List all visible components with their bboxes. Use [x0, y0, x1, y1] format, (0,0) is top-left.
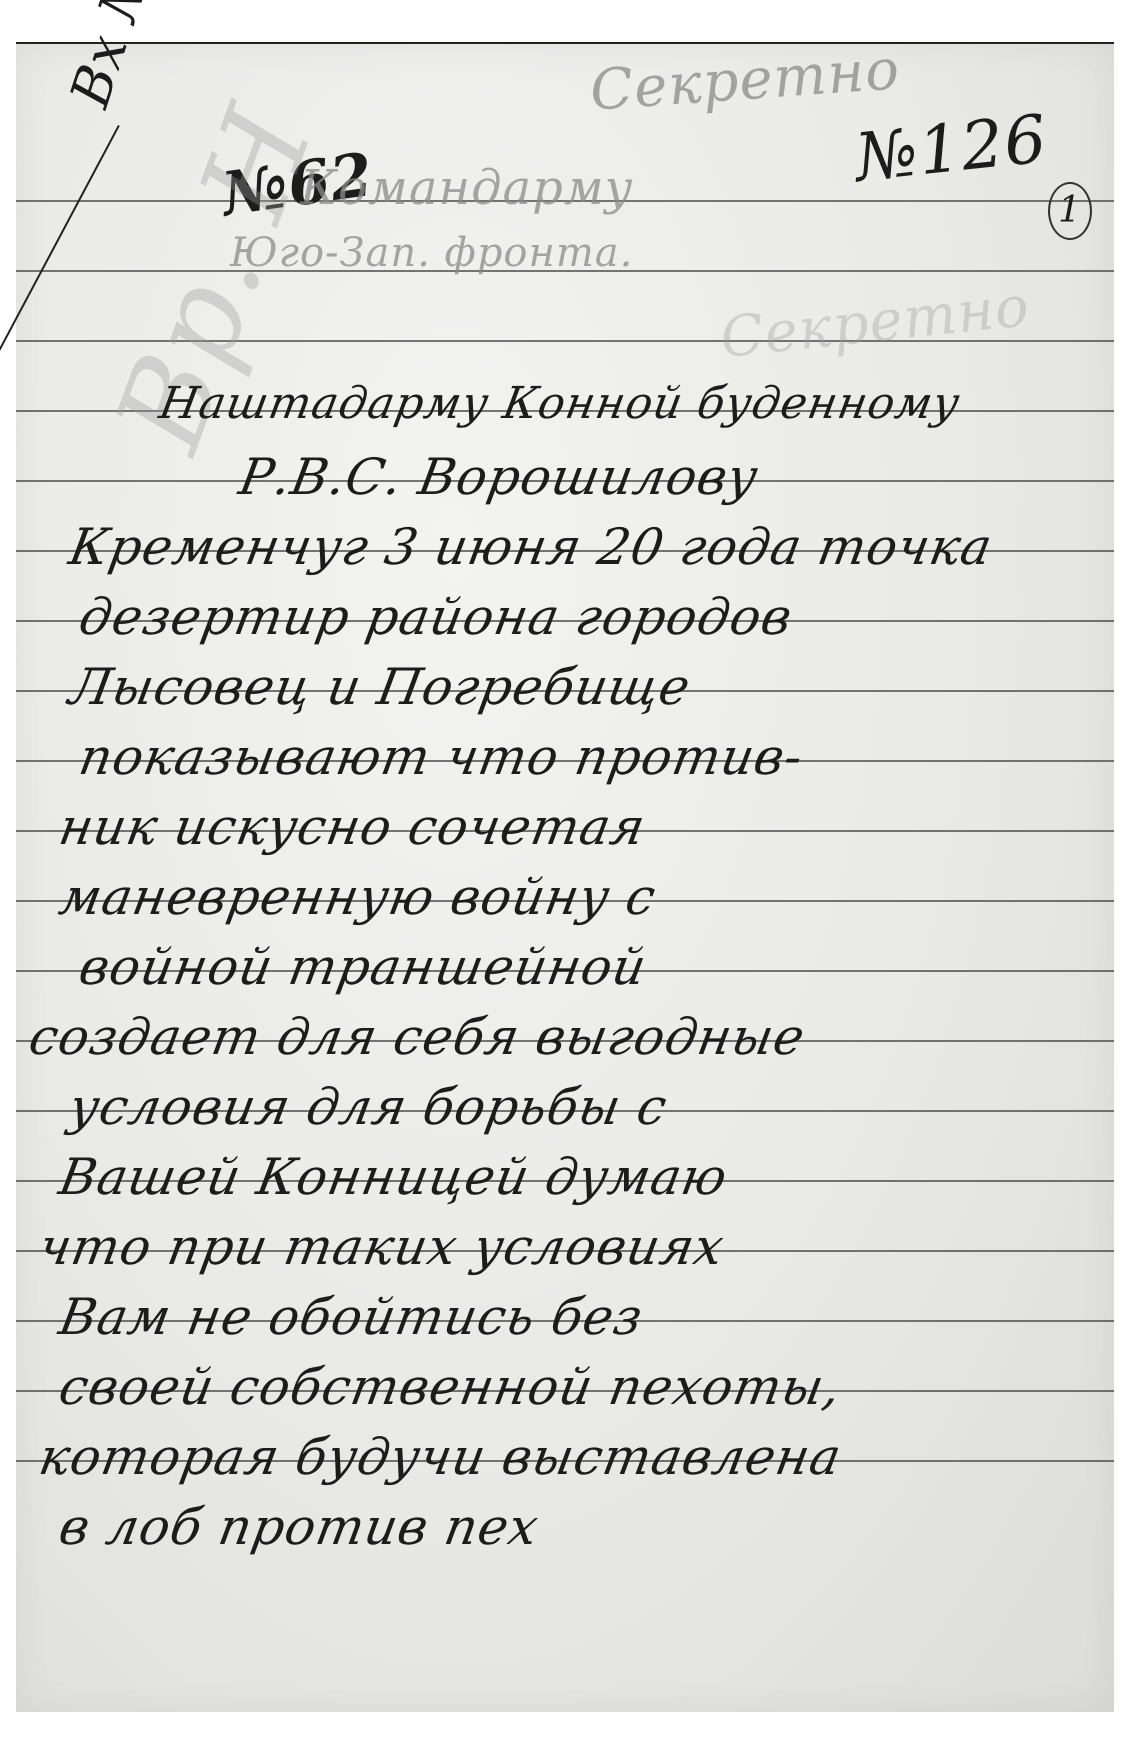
- body-line: дезертир района городов: [75, 588, 797, 646]
- body-line: ник искусно сочетая: [55, 798, 650, 856]
- body-line: показывают что против-: [75, 728, 808, 786]
- body-line: которая будучи выставлена: [35, 1428, 846, 1486]
- body-line: войной траншейной: [75, 938, 651, 996]
- body-line: Вашей Конницей думаю: [55, 1148, 732, 1206]
- body-line: создает для себя выгодные: [25, 1008, 810, 1066]
- page-number: 1: [1048, 182, 1092, 240]
- body-line: Р.В.С. Ворошилову: [235, 448, 763, 506]
- address-line-1: Командарму: [300, 160, 633, 216]
- body-line: в лоб против пех: [55, 1498, 543, 1556]
- body-line: Лысовец и Погребище: [65, 658, 695, 716]
- body-line: что при таких условиях: [35, 1218, 729, 1276]
- body-line: Вам не обойтись без: [55, 1288, 648, 1346]
- body-line: своей собственной пехоты,: [55, 1358, 846, 1416]
- body-line: маневренную войну с: [55, 868, 661, 926]
- body-line: Наштадарму Конной буденному: [156, 378, 965, 429]
- body-line: условия для борьбы с: [65, 1078, 672, 1136]
- body-line: Кременчуг 3 июня 20 года точка: [65, 518, 997, 576]
